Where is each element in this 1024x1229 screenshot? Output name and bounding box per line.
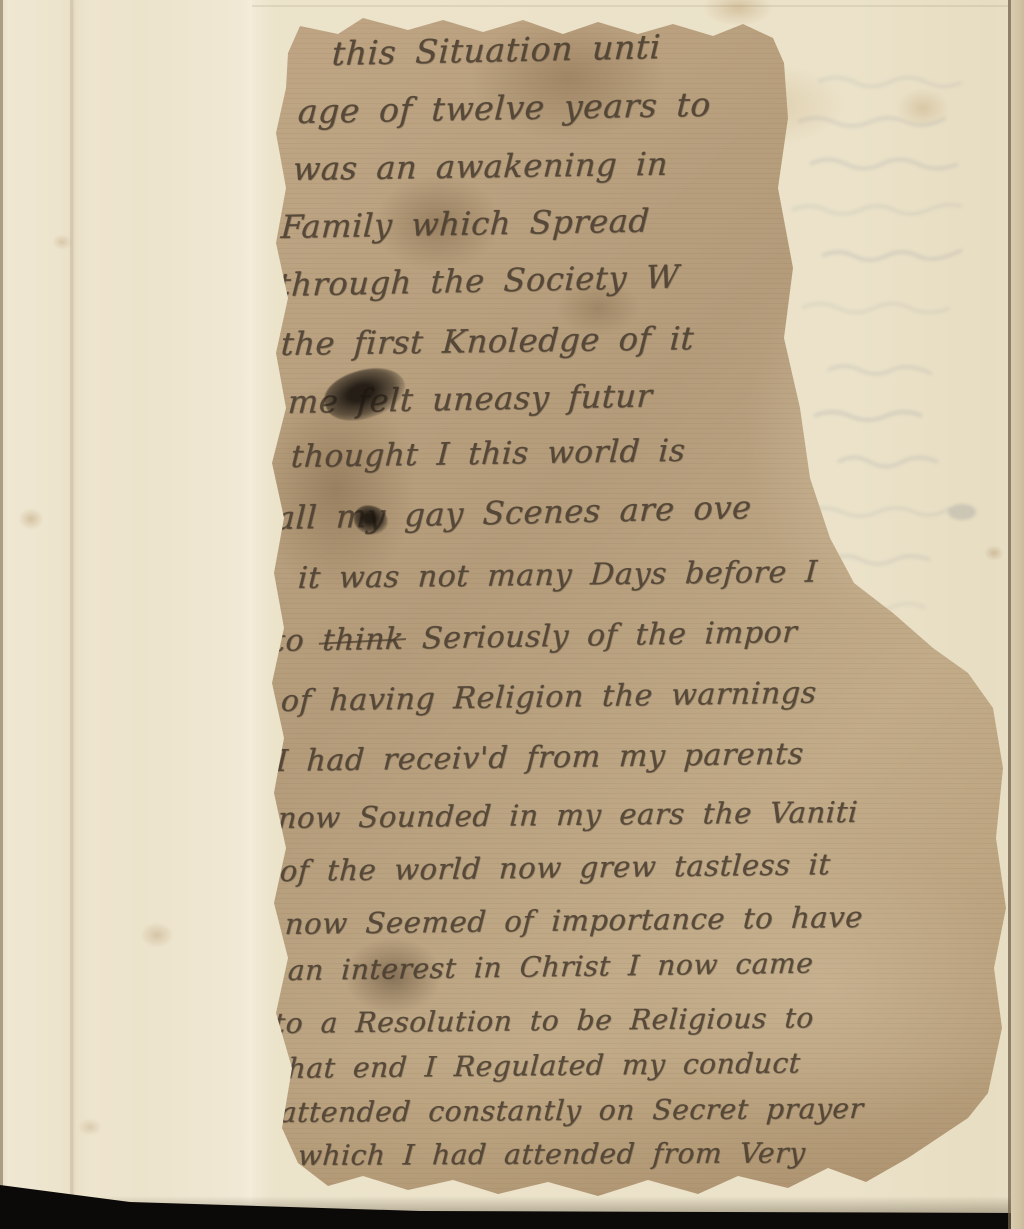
manuscript-line: the first Knoledge of it (280, 319, 695, 363)
manuscript-line: which I had attended from Very (297, 1136, 807, 1172)
struck-word: think (322, 622, 405, 658)
manuscript-line: that end I Regulated my conduct (275, 1046, 802, 1085)
manuscript-line: to think Seriously of the impor (272, 615, 798, 659)
manuscript-line: thought I this world is (290, 433, 687, 475)
manuscript-line: this Situation unti (331, 27, 662, 73)
album-page-left-margin (0, 0, 252, 1229)
page-left-edge (0, 0, 3, 1229)
manuscript-line: to a Resolution to be Religious to (273, 1001, 815, 1040)
manuscript-line: Family which Spread (280, 202, 651, 246)
manuscript-line: attended constantly on Secret prayer (279, 1092, 865, 1129)
manuscript-line: was an awakening in (292, 145, 669, 188)
manuscript-line: age of twelve years to (297, 85, 712, 131)
manuscript-line: all my gay Scenes are ove (275, 488, 752, 537)
album-page-top-edge (252, 5, 1008, 7)
fold-line (70, 0, 73, 1229)
manuscript-line: now Seemed of importance to have (284, 900, 864, 941)
manuscript-line: through the Society W (277, 258, 680, 304)
manuscript-line: of having Religion the warnings (280, 676, 818, 719)
right-gutter (1011, 0, 1024, 1229)
scanned-archive-page: { "document": { "kind": "torn handwritte… (0, 0, 1024, 1229)
manuscript-line: of the world now grew tastless it (279, 847, 832, 888)
manuscript-line: I had receiv'd from my parents (275, 737, 805, 779)
manuscript-line: it was not many Days before I (297, 555, 819, 596)
manuscript-line: an interest in Christ I now came (287, 947, 814, 987)
manuscript-line: now Sounded in my ears the Vaniti (277, 795, 859, 835)
